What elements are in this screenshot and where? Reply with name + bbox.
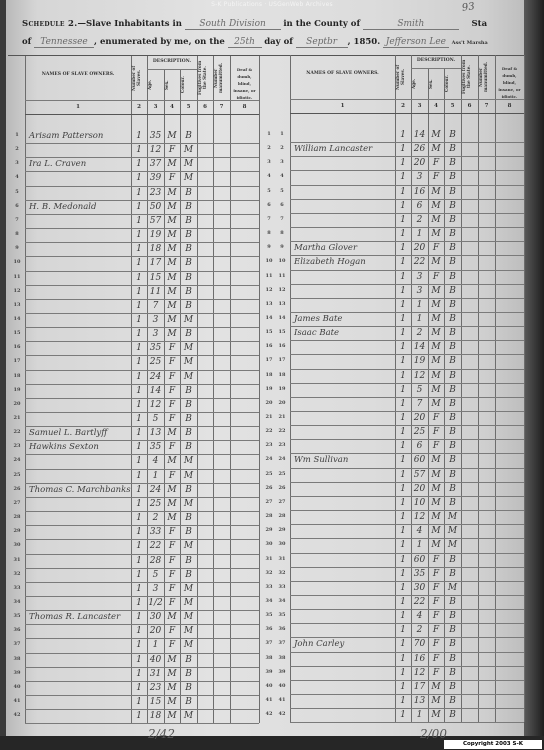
right-col-number: 4 [428,103,444,109]
left-owner-name [25,469,135,483]
left-age: 25 [147,355,164,369]
right-colour: B [444,213,461,227]
left-owner-name [25,497,135,511]
left-age: 57 [147,214,164,228]
left-age: 15 [147,695,164,709]
right-age: 60 [411,453,428,467]
right-owner-name [290,298,399,312]
right-table-row: 33120FB [260,156,524,170]
right-num-slaves: 1 [395,538,411,552]
right-colour: B [444,439,461,453]
right-line-number: 2 [262,145,276,151]
left-line-number: 41 [10,698,24,704]
left-sex: F [164,568,180,582]
left-age: 24 [147,483,164,497]
left-line-number: 35 [10,613,24,619]
right-age: 19 [411,354,428,368]
right-owner-name [290,439,399,453]
right-colour: M [444,538,461,552]
right-owner-name [290,524,399,538]
left-line-number: 33 [10,585,24,591]
left-sex: F [164,624,180,638]
left-sex: M [164,256,180,270]
right-tally: 2/00 [420,727,447,741]
right-colour: B [444,623,461,637]
right-owner-name [290,270,399,284]
right-age: 4 [411,609,428,623]
right-deaf-header: Deaf & dumb, blind, insane, or idiotic. [496,65,523,100]
left-owner-name [25,412,135,426]
left-col-number: 5 [180,104,197,110]
right-colour: B [444,482,461,496]
left-num-slaves: 1 [131,327,147,341]
right-line-number: 9 [262,244,276,250]
left-sex: M [164,610,180,624]
copyright-notice: Copyright 2003 S-K Publications [444,740,542,749]
left-owner-name: Hawkins Sexton [25,440,135,454]
right-colour: B [444,453,461,467]
right-owner-name [290,213,399,227]
left-sex: M [164,426,180,440]
left-colour: B [180,554,197,568]
right-colour: M [444,510,461,524]
left-age: 40 [147,653,164,667]
right-owner-name [290,496,399,510]
left-num-slaves: 1 [131,568,147,582]
right-age: 60 [411,553,428,567]
right-description-rule [411,68,461,69]
right-colour: B [444,270,461,284]
right-sex: M [428,694,444,708]
right-num-slaves: 1 [395,482,411,496]
left-row-rule [25,723,259,724]
left-names-header: NAMES OF SLAVE OWNERS. [25,72,131,77]
right-table-row: 8811MB [260,227,524,241]
right-table-row: 1818112MB [260,369,524,383]
enumerated-label: , enumerated by me, on the [94,37,225,47]
right-num-slaves: 1 [395,213,411,227]
left-col-number: 1 [25,104,131,110]
right-table-row: 4141113MB [260,694,524,708]
left-owner-name [25,186,135,200]
right-colour: B [444,553,461,567]
right-sex: M [428,383,444,397]
right-line-number: 19 [262,386,276,392]
left-age: 5 [147,568,164,582]
right-colour: B [444,708,461,722]
right-sex: F [428,411,444,425]
right-line-number: 21 [262,414,276,420]
left-num-slaves: 1 [131,638,147,652]
left-colour: M [180,596,197,610]
left-num-slaves: 1 [131,285,147,299]
left-sex: F [164,143,180,157]
right-age: 12 [411,369,428,383]
right-sex: M [428,397,444,411]
left-num-slaves: 1 [131,554,147,568]
right-line-number-right: 41 [275,697,289,703]
left-sex: F [164,525,180,539]
left-colour: B [180,653,197,667]
left-line-number: 19 [10,387,24,393]
left-sex: M [164,200,180,214]
right-colour: B [444,255,461,269]
left-colour: M [180,624,197,638]
left-colour: M [180,497,197,511]
marshal-label: Ass't Marsha [452,40,488,46]
right-age: 2 [411,623,428,637]
left-num-slaves: 1 [131,171,147,185]
left-age: 20 [147,624,164,638]
left-sex: F [164,539,180,553]
left-sex: F [164,582,180,596]
left-owner-name: Thomas R. Lancaster [25,610,135,624]
right-num-slaves: 1 [395,326,411,340]
right-owner-name: John Carley [290,637,399,651]
right-sex: M [428,524,444,538]
right-age: 2 [411,213,428,227]
right-sex: M [428,468,444,482]
right-table-row: 4040117MB [260,680,524,694]
left-owner-name [25,171,135,185]
left-owner-name [25,384,135,398]
left-colour: B [180,398,197,412]
left-owner-name [25,681,135,695]
left-colour: M [180,341,197,355]
left-num-slaves: 1 [131,681,147,695]
right-table-row: 232316FB [260,439,524,453]
right-owner-name: Isaac Bate [290,326,399,340]
left-sex: F [164,398,180,412]
right-age: 3 [411,170,428,184]
left-line-number: 4 [10,174,24,180]
right-sex: M [428,680,444,694]
right-colour: B [444,468,461,482]
right-line-number: 24 [262,456,276,462]
left-age-header: Age. [147,72,164,98]
left-sex: M [164,511,180,525]
left-colour: M [180,539,197,553]
right-age: 30 [411,581,428,595]
right-colour: B [444,652,461,666]
right-owner-name [290,284,399,298]
right-num-slaves: 1 [395,581,411,595]
right-line-number-right: 2 [275,145,289,151]
left-age: 12 [147,143,164,157]
right-num-slaves: 1 [395,369,411,383]
left-owner-name [25,214,135,228]
right-num-slaves: 1 [395,199,411,213]
left-owner-name [25,511,135,525]
left-owner-name: Arisam Patterson [25,129,135,143]
right-table-row: 3232135FB [260,567,524,581]
left-header-rule [25,114,259,115]
left-census-table: NAMES OF SLAVE OWNERS.Number of Slaves.D… [8,55,524,56]
left-num-slaves: 1 [131,667,147,681]
right-col-divider [524,55,525,722]
left-num-slaves: 1 [131,143,147,157]
left-num-slaves: 1 [131,200,147,214]
left-colour: B [180,285,197,299]
left-sex: F [164,171,180,185]
right-line-number: 20 [262,400,276,406]
right-table-row: 202017MB [260,397,524,411]
left-owner-name [25,341,135,355]
left-colour: B [180,271,197,285]
left-num-slaves: 1 [131,653,147,667]
left-age: 35 [147,440,164,454]
right-table-row: 191915MB [260,383,524,397]
left-col-number: 4 [164,104,180,110]
left-colour: B [180,695,197,709]
left-num-slaves: 1 [131,469,147,483]
right-line-number: 22 [262,428,276,434]
right-num-slaves: 1 [395,128,411,142]
left-colour: B [180,681,197,695]
right-colour: B [444,680,461,694]
right-sex: M [428,453,444,467]
right-sex: M [428,185,444,199]
right-line-number: 6 [262,202,276,208]
left-line-number: 16 [10,344,24,350]
left-line-number: 34 [10,599,24,605]
left-colour: M [180,157,197,171]
left-owner-name: H. B. Medonald [25,200,135,214]
left-num-slaves: 1 [131,440,147,454]
right-owner-name [290,623,399,637]
right-colour: M [444,524,461,538]
left-line-number: 9 [10,245,24,251]
right-owner-name [290,581,399,595]
left-owner-name [25,525,135,539]
right-num-slaves: 1 [395,241,411,255]
right-table-row: 1414James Bate11MB [260,312,524,326]
left-colour: M [180,610,197,624]
right-table-row: 3131160FB [260,553,524,567]
left-owner-name [25,299,135,313]
left-line-number: 39 [10,670,24,676]
right-description-header: DESCRIPTION. [411,58,461,63]
right-colour: B [444,199,461,213]
right-line-number-right: 37 [275,640,289,646]
marshal-field: Jefferson Lee [383,37,449,48]
left-description-header: DESCRIPTION. [147,59,197,64]
day-of-label: day of [264,37,293,47]
left-colour: B [180,568,197,582]
right-colour: B [444,397,461,411]
right-num-slaves: 1 [395,354,411,368]
right-line-number-right: 34 [275,598,289,604]
right-table-row: 1515Isaac Bate12MB [260,326,524,340]
right-line-number-right: 26 [275,485,289,491]
right-line-number: 29 [262,527,276,533]
left-num-slaves: 1 [131,129,147,143]
right-line-number: 42 [262,711,276,717]
right-line-number: 14 [262,315,276,321]
right-line-number: 34 [262,598,276,604]
left-fugitives-header: Fugitives from the State. [197,58,213,98]
right-line-number: 27 [262,499,276,505]
left-col-number: 6 [197,104,213,110]
right-table-row: 3838116FB [260,652,524,666]
left-num-slaves: 1 [131,610,147,624]
right-num-slaves: 1 [395,411,411,425]
left-age: 14 [147,384,164,398]
right-line-number-right: 36 [275,626,289,632]
right-colour: B [444,340,461,354]
right-sex: M [428,284,444,298]
left-header-rule [25,100,259,101]
right-owner-name [290,510,399,524]
right-line-number-right: 3 [275,159,289,165]
right-num-slaves: 1 [395,255,411,269]
right-line-number: 28 [262,513,276,519]
right-colour: B [444,227,461,241]
left-line-number: 38 [10,656,24,662]
right-sex: M [428,326,444,340]
right-owner-name [290,652,399,666]
left-age: 3 [147,327,164,341]
right-table-row: 99Martha Glover120FB [260,241,524,255]
right-num-slaves: 1 [395,652,411,666]
left-owner-name [25,709,135,723]
left-line-number: 1 [10,132,24,138]
right-table-row: 3434122FB [260,595,524,609]
right-colour: B [444,312,461,326]
left-col-number: 7 [213,104,230,110]
schedule-title: —Slave Inhabitants in [78,19,182,29]
right-line-number: 7 [262,216,276,222]
left-num-slaves: 1 [131,483,147,497]
left-line-number: 5 [10,189,24,195]
right-line-number-right: 38 [275,655,289,661]
right-num-slaves: 1 [395,666,411,680]
right-owner-name: William Lancaster [290,142,399,156]
right-line-number: 26 [262,485,276,491]
right-table-row: 292914MM [260,524,524,538]
left-line-number: 42 [10,712,24,718]
right-sex: M [428,510,444,524]
right-age: 10 [411,496,428,510]
left-age: 18 [147,242,164,256]
left-num-slaves: 1 [131,426,147,440]
left-sex: M [164,214,180,228]
left-colour: B [180,214,197,228]
right-num-slaves: 1 [395,170,411,184]
right-sex: M [428,496,444,510]
left-age: 1 [147,469,164,483]
right-line-number: 23 [262,442,276,448]
month-field: Septbr [296,37,348,48]
right-table-row: 424211MB [260,708,524,722]
right-owner-name [290,708,399,722]
right-num-slaves: 1 [395,284,411,298]
right-table-row: 353514FB [260,609,524,623]
left-line-number: 18 [10,373,24,379]
right-line-number: 13 [262,301,276,307]
right-sex: M [428,213,444,227]
left-line-number: 32 [10,571,24,577]
right-age: 70 [411,637,428,651]
right-colour: B [444,595,461,609]
right-colour: B [444,666,461,680]
right-age: 3 [411,270,428,284]
left-owner-name [25,313,135,327]
right-line-number: 17 [262,357,276,363]
right-owner-name [290,482,399,496]
left-num-slaves: 1 [131,214,147,228]
left-line-number: 15 [10,330,24,336]
right-age-header: Age. [411,71,428,97]
right-owner-name [290,185,399,199]
right-line-number-right: 30 [275,541,289,547]
left-age: 1/2 [147,596,164,610]
left-line-number: 8 [10,231,24,237]
right-table-row: 303011MM [260,538,524,552]
right-line-number-right: 7 [275,216,289,222]
left-colour: B [180,327,197,341]
right-colour: B [444,170,461,184]
right-owner-name: Wm Sullivan [290,453,399,467]
left-sex: M [164,454,180,468]
left-age: 23 [147,681,164,695]
left-num-slaves: 1 [131,695,147,709]
right-age: 20 [411,411,428,425]
right-owner-name [290,340,399,354]
right-line-number: 18 [262,372,276,378]
right-sex: M [428,708,444,722]
left-age: 31 [147,667,164,681]
left-sex: M [164,667,180,681]
left-age: 28 [147,554,164,568]
scan-right-edge [524,0,544,750]
left-sex: M [164,327,180,341]
left-sex: F [164,638,180,652]
right-line-number: 37 [262,640,276,646]
left-age: 2 [147,511,164,525]
right-sex: M [428,482,444,496]
right-sex: M [428,255,444,269]
right-sex: M [428,340,444,354]
right-owner-name [290,553,399,567]
right-owner-name [290,199,399,213]
right-num-slaves: 1 [395,468,411,482]
right-num-slaves: 1 [395,227,411,241]
left-sex: M [164,709,180,723]
left-sex: M [164,271,180,285]
left-owner-name [25,582,135,596]
right-sex: M [428,142,444,156]
left-line-number: 29 [10,528,24,534]
right-owner-name: Martha Glover [290,241,399,255]
left-owner-name [25,143,135,157]
right-line-number-right: 42 [275,711,289,717]
right-age: 26 [411,142,428,156]
left-colour: B [180,129,197,143]
right-sex: M [428,298,444,312]
right-line-number-right: 20 [275,400,289,406]
right-table-row: 3939112FB [260,666,524,680]
left-sex: M [164,681,180,695]
right-line-number-right: 27 [275,499,289,505]
right-line-number-right: 22 [275,428,289,434]
right-age: 16 [411,652,428,666]
right-num-slaves: 1 [395,185,411,199]
right-age: 2 [411,326,428,340]
right-colour: B [444,496,461,510]
left-line-number: 2 [10,146,24,152]
right-sex: F [428,609,444,623]
